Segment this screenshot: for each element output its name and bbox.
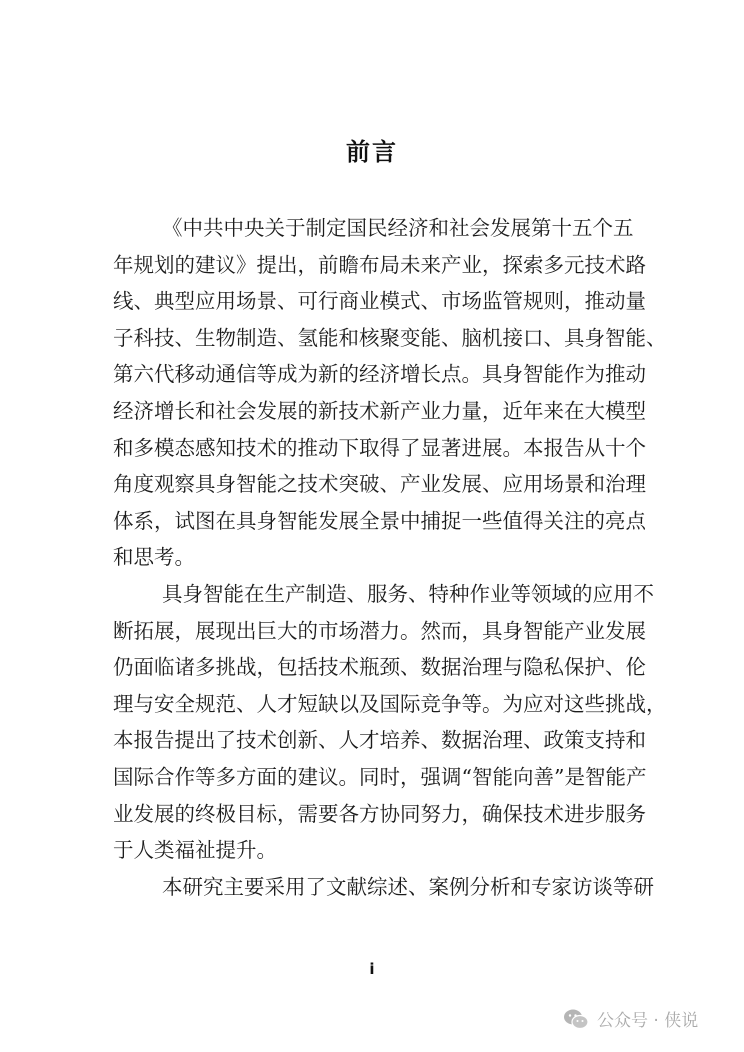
wechat-icon bbox=[563, 1008, 589, 1030]
document-page: 前言 《中共中央关于制定国民经济和社会发展第十五个五 年规划的建议》提出，前瞻布… bbox=[0, 0, 744, 1052]
paragraph-2-line: 业发展的终极目标，需要各方协同努力，确保技术进步服务 bbox=[113, 796, 633, 833]
paragraph-1-line: 子科技、生物制造、氢能和核聚变能、脑机接口、具身智能、 bbox=[113, 320, 633, 357]
paragraph-1-line: 线、典型应用场景、可行商业模式、市场监管规则，推动量 bbox=[113, 283, 633, 320]
paragraph-1-line: 角度观察具身智能之技术突破、产业发展、应用场景和治理 bbox=[113, 466, 633, 503]
paragraph-2-line: 于人类福祉提升。 bbox=[113, 832, 633, 869]
paragraph-1-line: 和思考。 bbox=[113, 539, 633, 576]
paragraph-2-line: 本报告提出了技术创新、人才培养、数据治理、政策支持和 bbox=[113, 722, 633, 759]
paragraph-2-line: 理与安全规范、人才短缺以及国际竞争等。为应对这些挑战， bbox=[113, 686, 633, 723]
page-number: i bbox=[0, 960, 744, 978]
paragraph-1-line: 经济增长和社会发展的新技术新产业力量，近年来在大模型 bbox=[113, 393, 633, 430]
paragraph-1-line: 第六代移动通信等成为新的经济增长点。具身智能作为推动 bbox=[113, 356, 633, 393]
paragraph-1-line: 年规划的建议》提出，前瞻布局未来产业，探索多元技术路 bbox=[113, 247, 633, 284]
page-title: 前言 bbox=[0, 132, 744, 167]
body-text: 《中共中央关于制定国民经济和社会发展第十五个五 年规划的建议》提出，前瞻布局未来… bbox=[113, 210, 633, 905]
paragraph-2-line: 具身智能在生产制造、服务、特种作业等领域的应用不 bbox=[113, 576, 633, 613]
paragraph-3-line: 本研究主要采用了文献综述、案例分析和专家访谈等研 bbox=[113, 869, 633, 906]
paragraph-1-line: 《中共中央关于制定国民经济和社会发展第十五个五 bbox=[113, 210, 633, 247]
watermark-text: 公众号 · 侠说 bbox=[597, 1006, 698, 1031]
paragraph-1-line: 体系，试图在具身智能发展全景中捕捉一些值得关注的亮点 bbox=[113, 503, 633, 540]
watermark: 公众号 · 侠说 bbox=[563, 1006, 698, 1031]
paragraph-2-line: 国际合作等多方面的建议。同时，强调“智能向善”是智能产 bbox=[113, 759, 633, 796]
paragraph-2-line: 断拓展，展现出巨大的市场潜力。然而，具身智能产业发展 bbox=[113, 613, 633, 650]
paragraph-1-line: 和多模态感知技术的推动下取得了显著进展。本报告从十个 bbox=[113, 430, 633, 467]
paragraph-2-line: 仍面临诸多挑战，包括技术瓶颈、数据治理与隐私保护、伦 bbox=[113, 649, 633, 686]
